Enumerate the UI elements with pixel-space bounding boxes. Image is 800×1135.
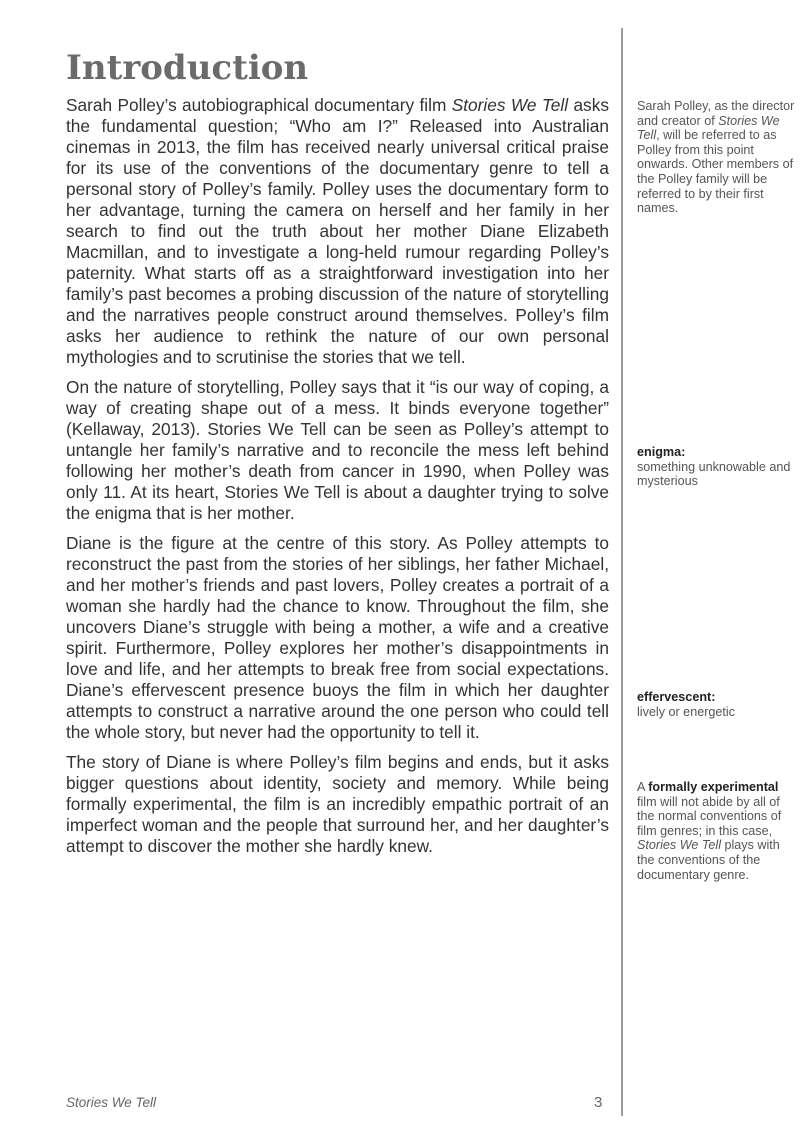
page-title: Introduction (66, 46, 609, 90)
text-segment: On the nature of storytelling, Polley sa… (66, 377, 609, 523)
paragraph-1: Sarah Polley’s autobiographical document… (66, 95, 609, 368)
text-segment: The story of Diane is where Polley’s fil… (66, 752, 609, 856)
glossary-term: effervescent: (637, 690, 715, 704)
sidebar-note-polley: Sarah Polley, as the director and creato… (637, 99, 797, 216)
paragraph-4: The story of Diane is where Polley’s fil… (66, 752, 609, 857)
footer-document-title: Stories We Tell (66, 1095, 156, 1110)
glossary-definition: lively or energetic (637, 705, 735, 719)
text-segment: film will not abide by all of the normal… (637, 795, 781, 838)
sidebar-glossary-effervescent: effervescent: lively or energetic (637, 690, 797, 719)
paragraph-3: Diane is the figure at the centre of thi… (66, 533, 609, 743)
glossary-term: enigma: (637, 445, 685, 459)
text-segment: A (637, 780, 648, 794)
text-segment: Diane is the figure at the centre of thi… (66, 533, 609, 742)
glossary-term: formally experimental (648, 780, 778, 794)
paragraph-2: On the nature of storytelling, Polley sa… (66, 377, 609, 524)
sidebar-glossary-enigma: enigma: something unknowable and mysteri… (637, 445, 797, 489)
document-page: Introduction Sarah Polley’s autobiograph… (0, 0, 800, 1135)
sidebar-note-formally-experimental: A formally experimental film will not ab… (637, 780, 797, 882)
main-column: Introduction Sarah Polley’s autobiograph… (66, 46, 609, 857)
film-title-italic: Stories We Tell (452, 95, 568, 115)
text-segment: Sarah Polley’s autobiographical document… (66, 95, 452, 115)
text-segment: asks the fundamental question; “Who am I… (66, 95, 609, 367)
column-divider (621, 28, 623, 1116)
glossary-definition: something unknowable and mysterious (637, 460, 790, 489)
text-segment: , will be referred to as Polley from thi… (637, 128, 793, 215)
page-number: 3 (594, 1094, 602, 1111)
film-title-italic: Stories We Tell (637, 838, 721, 852)
